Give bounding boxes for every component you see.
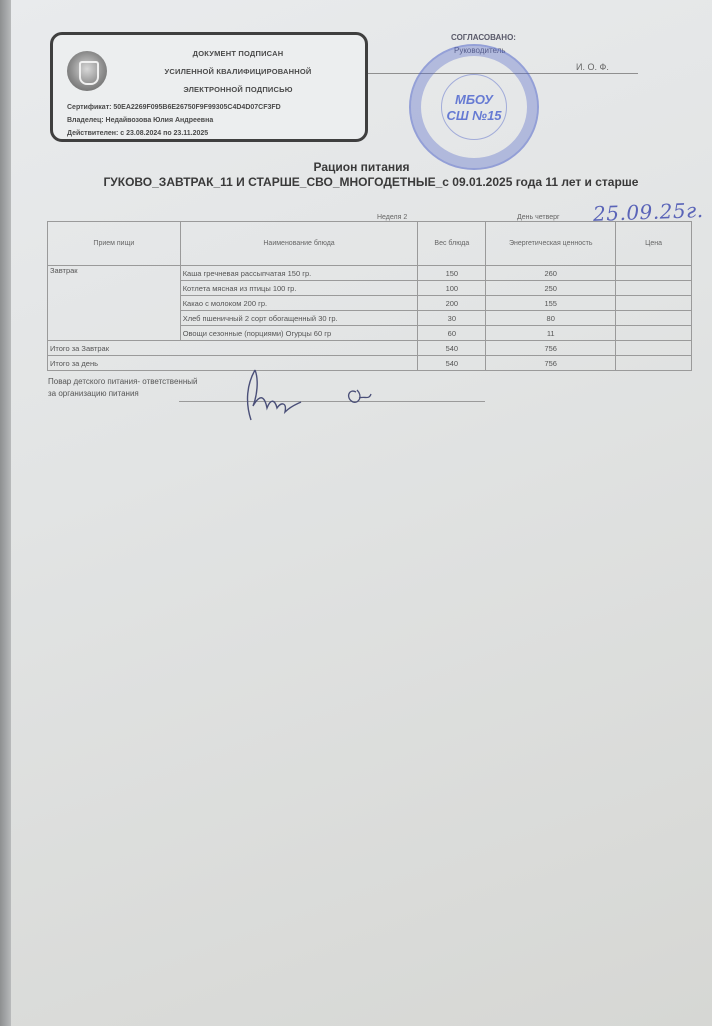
total-energy: 756 [486, 341, 616, 356]
dish-energy: 11 [486, 326, 616, 341]
stamp-text-school: СШ №15 [411, 108, 537, 123]
dish-weight: 100 [418, 281, 486, 296]
page-title: Рацион питания [11, 160, 712, 174]
total-energy: 756 [486, 356, 616, 371]
page-subtitle: ГУКОВО_ЗАВТРАК_11 И СТАРШЕ_СВО_МНОГОДЕТН… [51, 174, 691, 191]
stamp-inner-ring [441, 74, 507, 140]
dish-price [616, 311, 692, 326]
header-price: Цена [616, 222, 692, 266]
certificate-number: Сертификат: 50EA2269F095B6E26750F9F99305… [67, 101, 281, 114]
dish-energy: 250 [486, 281, 616, 296]
dish-name: Какао с молоком 200 гр. [180, 296, 418, 311]
total-weight: 540 [418, 356, 486, 371]
total-row-breakfast: Итого за Завтрак 540 756 [48, 341, 692, 356]
dish-weight: 30 [418, 311, 486, 326]
table-row: Завтрак Каша гречневая рассыпчатая 150 г… [48, 266, 692, 281]
dish-energy: 155 [486, 296, 616, 311]
meal-name: Завтрак [48, 266, 181, 341]
total-price [616, 341, 692, 356]
handwritten-signature [241, 362, 391, 424]
document-page: ДОКУМЕНТ ПОДПИСАН УСИЛЕННОЙ КВАЛИФИЦИРОВ… [11, 0, 712, 1026]
dish-price [616, 326, 692, 341]
header-dish: Наименование блюда [180, 222, 418, 266]
week-label: Неделя 2 [377, 214, 407, 221]
dish-price [616, 296, 692, 311]
dish-name: Овощи сезонные (порциями) Огурцы 60 гр [180, 326, 418, 341]
table-header-row: Прием пищи Наименование блюда Вес блюда … [48, 222, 692, 266]
stamp-text-org: МБОУ [411, 92, 537, 107]
esign-details: Сертификат: 50EA2269F095B6E26750F9F99305… [67, 101, 281, 140]
dish-energy: 80 [486, 311, 616, 326]
total-label: Итого за Завтрак [48, 341, 418, 356]
school-stamp: МБОУ СШ №15 [409, 44, 539, 170]
photo-edge-shadow [0, 0, 11, 1026]
dish-weight: 200 [418, 296, 486, 311]
approval-name-placeholder: И. О. Ф. [576, 62, 609, 72]
dish-weight: 150 [418, 266, 486, 281]
certificate-validity: Действителен: с 23.08.2024 по 23.11.2025 [67, 127, 281, 140]
dish-weight: 60 [418, 326, 486, 341]
menu-table: Прием пищи Наименование блюда Вес блюда … [47, 221, 692, 371]
header-weight: Вес блюда [418, 222, 486, 266]
total-price [616, 356, 692, 371]
dish-price [616, 281, 692, 296]
dish-name: Хлеб пшеничный 2 сорт обогащенный 30 гр. [180, 311, 418, 326]
certificate-owner: Владелец: Недайвозова Юлия Андреевна [67, 114, 281, 127]
total-weight: 540 [418, 341, 486, 356]
dish-energy: 260 [486, 266, 616, 281]
coat-of-arms-icon [67, 51, 107, 91]
dish-price [616, 266, 692, 281]
responsible-cook-label: Повар детского питания- ответственный за… [48, 376, 197, 400]
approval-label: СОГЛАСОВАНО: [451, 33, 516, 42]
dish-name: Каша гречневая рассыпчатая 150 гр. [180, 266, 418, 281]
electronic-signature-box: ДОКУМЕНТ ПОДПИСАН УСИЛЕННОЙ КВАЛИФИЦИРОВ… [50, 32, 368, 142]
header-meal: Прием пищи [48, 222, 181, 266]
day-label: День четверг [517, 214, 560, 221]
header-energy: Энергетическая ценность [486, 222, 616, 266]
esign-heading: ДОКУМЕНТ ПОДПИСАН УСИЛЕННОЙ КВАЛИФИЦИРОВ… [123, 45, 353, 99]
dish-name: Котлета мясная из птицы 100 гр. [180, 281, 418, 296]
